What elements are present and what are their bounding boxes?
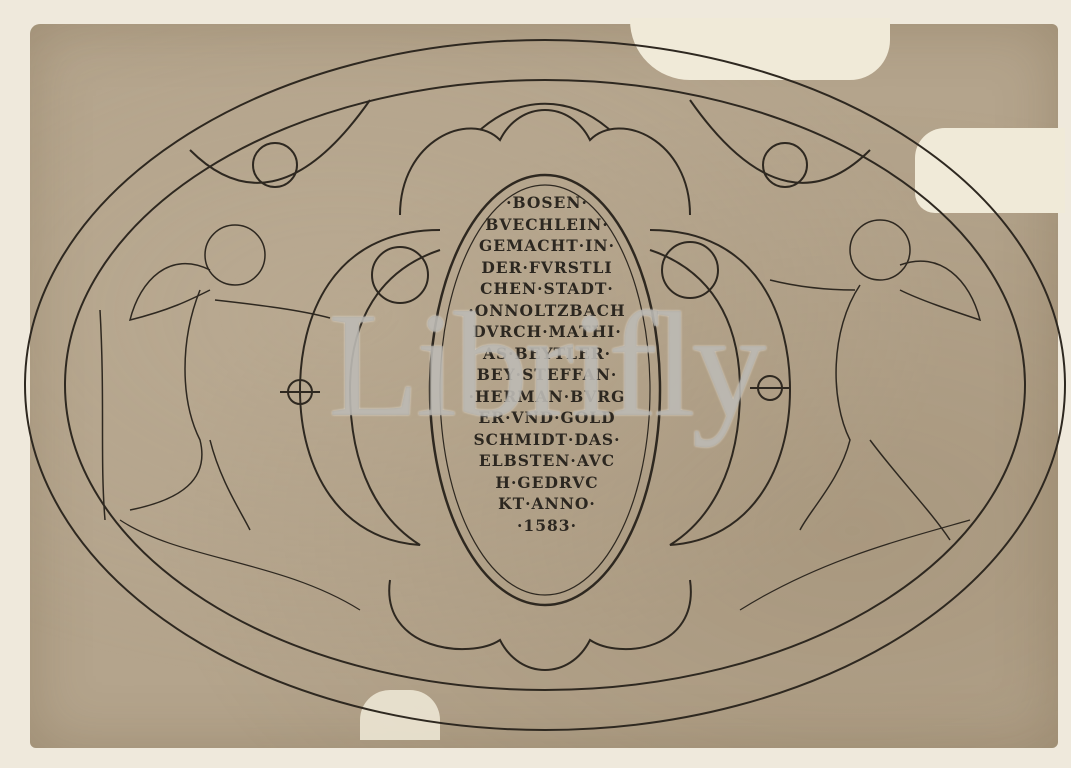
watermark: Librifly (328, 290, 763, 440)
inscription-line: ·1583· (447, 515, 647, 537)
inscription-line: KT·ANNO· (447, 493, 647, 515)
inscription-line: BVECHLEIN· (447, 214, 647, 236)
inscription-line: DER·FVRSTLI (447, 257, 647, 279)
inscription-line: ELBSTEN·AVC (447, 450, 647, 472)
inscription-line: H·GEDRVC (447, 472, 647, 494)
right-garland (690, 100, 870, 183)
right-putto (770, 220, 980, 540)
inscription-line: GEMACHT·IN· (447, 235, 647, 257)
inscription-line: ·BOSEN· (447, 192, 647, 214)
left-garland (190, 100, 370, 183)
lily-plant (100, 310, 105, 520)
bottom-crest (389, 580, 691, 670)
right-ground (740, 520, 970, 610)
